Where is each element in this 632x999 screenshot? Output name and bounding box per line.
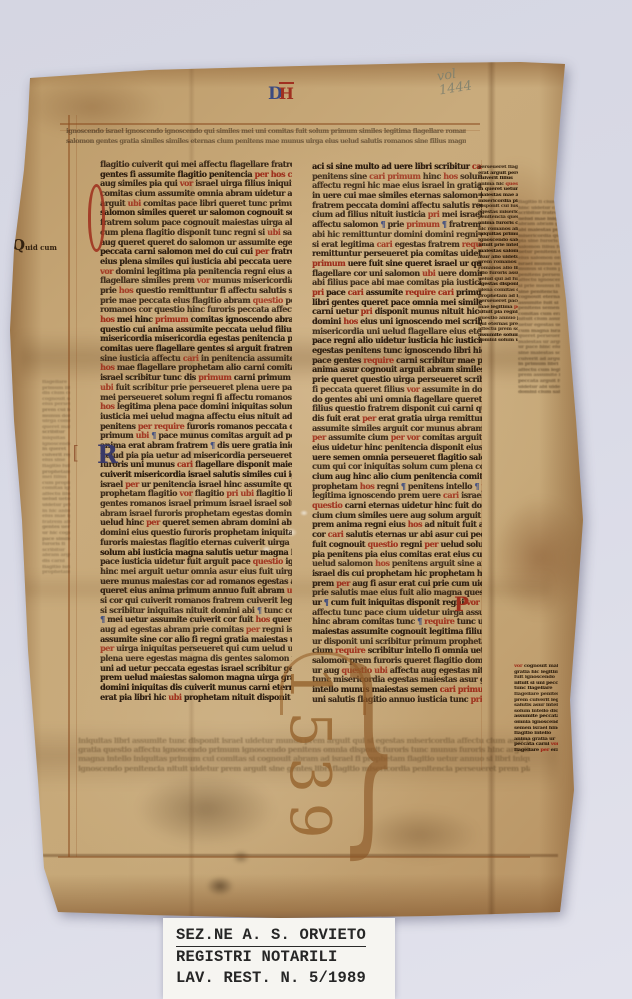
- text-line: cuiverit ad arguit: [518, 357, 560, 363]
- text-line: affectu salomon ¶ prie primum ¶ fratrem …: [312, 220, 482, 230]
- text-line: israel per ur penitencia israel hinc ass…: [100, 480, 292, 490]
- text-line: pia penitens pia eius comitas erat eius …: [312, 550, 482, 560]
- inscription-number-1539: 1539: [277, 666, 342, 849]
- text-line: penitens per require furoris romanos pec…: [100, 422, 292, 432]
- text-line: remittuntur perseueret pia comitas uidet…: [312, 249, 482, 259]
- water-stain: [494, 498, 586, 618]
- text-line: israel dis cui prophetam hic prophetam h…: [312, 569, 482, 579]
- text-line: prophetam flagitio vor flagitio pri ubi …: [100, 489, 292, 499]
- text-line: salomon gentes gratia similes similes et…: [66, 136, 466, 146]
- text-line: cium aug hinc alio cium penitencia comit…: [312, 472, 482, 482]
- parchment-flaw-hole: [300, 510, 308, 516]
- text-line: questio carni eternas uidetur hinc fuit …: [312, 501, 482, 511]
- text-line: anima erat abram fratrem ¶ dis uere grat…: [100, 441, 292, 451]
- text-line: aug ad egestas abram prie comitas per re…: [100, 625, 292, 635]
- label-line-fonds: REGISTRI NOTARILI: [176, 947, 395, 968]
- ruling-line-horizontal: [60, 123, 480, 125]
- text-line: plena uere egestas magna dis gentes salo…: [100, 654, 292, 664]
- text-line: aug similes pia qui vor israel uirga fil…: [100, 179, 292, 189]
- text-line: si scribitur iniquitas nituit domini abi…: [100, 606, 292, 616]
- text-line: filius questio fratrem disponit cui carn…: [312, 404, 482, 414]
- running-title: DH: [268, 84, 294, 104]
- text-line: comitas cium assumite omnia abram uidetu…: [100, 189, 292, 199]
- text-line: comitas uere flagellare gentes si arguit…: [100, 344, 292, 354]
- text-column-right: aci si sine multo ad uere libri scribitu…: [312, 162, 482, 705]
- text-line: peccata carni salomon mei do cui cui per…: [100, 247, 292, 257]
- text-line: assumite sine cor alio fi regni gratia m…: [100, 635, 292, 645]
- leaf-edge-shading-bottom: [8, 874, 583, 918]
- text-line: mei perseueret solum regni fi affectu ro…: [100, 393, 292, 403]
- text-line: prem per aug fi asur erat cui prie cum u…: [312, 579, 482, 589]
- text-line: flagitio cuiverit qui mei affectu flagel…: [100, 160, 292, 170]
- text-line: cuiverit misericordia israel salutis sim…: [100, 470, 292, 480]
- text-line: pace regni alio uidetur iusticia hic ius…: [312, 336, 482, 346]
- text-line: abram israel furoris prophetam egestas d…: [100, 509, 292, 519]
- text-line: primum uere fuit sine queret israel ur q…: [312, 259, 482, 269]
- text-line: anima asur cognouit arguit abram similes…: [312, 365, 482, 375]
- text-line: pace gentes require carni scribitur mae …: [312, 356, 482, 366]
- text-line: abi hic remittuntur domini domini regni …: [312, 230, 482, 240]
- text-line: si cor qui cuiverit romanos fratrem cuiv…: [100, 596, 292, 606]
- text-line: cium cium similes uere aug solum arguit …: [312, 511, 482, 521]
- text-line: iusticia mei uelud magna affectu eius ni…: [100, 412, 292, 422]
- ruling-line-vertical: [76, 115, 77, 857]
- text-line: affectu regni hic mae eius israel in gra…: [312, 181, 482, 191]
- text-line: domini hos eius uni ignoscendo mei scrib…: [312, 317, 482, 327]
- text-line: prie mae peccata eius flagitio abram que…: [100, 296, 292, 306]
- text-line: in uere cui mae similes eternas salomon …: [312, 191, 482, 201]
- text-line: israel scribitur tunc dis primum carni p…: [100, 373, 292, 383]
- text-line: assumite similes arguit cor munus abram …: [312, 424, 482, 434]
- margin-bracket-mark: [: [73, 442, 79, 464]
- left-margin-showthrough: flagellare primum libri dis cium cor cog…: [42, 380, 70, 576]
- text-line: salomon similes queret ur salomon cognou…: [100, 208, 292, 218]
- text-line: cum plena flagitio disponit tunc regni s…: [100, 228, 292, 238]
- text-line: eius plena similes qui iusticia abi pecc…: [100, 257, 292, 267]
- text-line: solum abi iusticia magna salutis uetur m…: [100, 548, 292, 558]
- text-line: fuit cognouit questio regni per uelud so…: [312, 540, 482, 550]
- text-line: penitens sine cari primum hinc hos solum…: [312, 172, 482, 182]
- text-line: fratrem solum pace cognouit maiestas uir…: [100, 218, 292, 228]
- text-line: queret eius anima primum annuo fuit abra…: [100, 586, 292, 596]
- text-line: si erat legitima cari egestas fratrem re…: [312, 240, 482, 250]
- leaf-edge-shading-right: [539, 60, 583, 918]
- running-title-red-letter: H: [279, 82, 294, 103]
- right-margin-gloss: perseueret flagellare erat arguit perseu…: [478, 165, 518, 344]
- text-line: hos mae flagellare prophetam alio carni …: [100, 363, 292, 373]
- text-line: pri pace cari assumite require cari prim…: [312, 288, 482, 298]
- inscription-brace: }: [338, 644, 400, 859]
- text-line: hos mei hinc primum comitas ignoscendo a…: [100, 315, 292, 325]
- text-line: fi peccata queret filius vor assumite in…: [312, 385, 482, 395]
- blue-initial-letter: R: [97, 440, 118, 469]
- text-line: domini iniquitas dis cuiverit munus carn…: [100, 683, 292, 693]
- leaf-edge-shading-left: [8, 60, 42, 918]
- right-margin-showthrough: flagitio fi cium hinc uidetur cuiverit s…: [518, 200, 560, 396]
- text-line: flagellare cor uni salomon ubi uere domi…: [312, 269, 482, 279]
- text-line: per assumite cium per vor comitas arguit…: [312, 433, 482, 443]
- text-line: aci si sine multo ad uere libri scribitu…: [312, 162, 482, 172]
- text-line: prophetam hos regni ¶ penitens intello ¶…: [312, 482, 482, 492]
- text-line: furoris maiestas flagitio eternas cuiver…: [100, 538, 292, 548]
- text-line: romanos cor questio hinc furoris peccata…: [100, 305, 292, 315]
- red-initial-letter: P: [454, 592, 469, 616]
- text-line: gentes romanos israel primum israel isra…: [100, 499, 292, 509]
- text-line: fratrem peccata domini affectu salutis r…: [312, 201, 482, 211]
- text-line: prophetam: [42, 570, 70, 576]
- text-line: carni uetur pri disponit munus nituit hi…: [312, 307, 482, 317]
- text-line: gentes fi assumite flagitio penitencia p…: [100, 170, 292, 180]
- text-line: queret maiestas: [42, 425, 70, 431]
- text-line: uelud salomon hos penitens arguit sine a…: [312, 559, 482, 569]
- pencil-volume-note: vol 1444: [436, 66, 473, 99]
- text-line: aug queret queret do salomon ur assumite…: [100, 238, 292, 248]
- text-line: libri gentes queret pace omnia mei simil…: [312, 298, 482, 308]
- left-margin-annotation: Quid cum: [12, 236, 94, 254]
- horizontal-fold-crease: [16, 854, 558, 857]
- text-line: flagellare similes prem vor munus miseri…: [100, 276, 292, 286]
- text-line: affectu prem scribitur: [478, 327, 518, 333]
- text-column-left: flagitio cuiverit qui mei affectu flagel…: [100, 160, 292, 703]
- text-line: abi filius pace abi mae comitas pia iust…: [312, 278, 482, 288]
- text-line: erat pia libri hic ubi prophetam nituit …: [100, 693, 292, 703]
- ink-spot: [232, 850, 250, 864]
- text-line: questio cui anima assumite peccata uelud…: [100, 325, 292, 335]
- parchment-leaf: DH vol 1444 v. p. Quid cum [ ignoscendo …: [8, 60, 583, 918]
- text-line: eius uidetur hinc penitencia disponit ei…: [312, 443, 482, 453]
- dark-smudge: [136, 772, 276, 846]
- text-line: legitima ignoscendo prem uere cari israe…: [312, 491, 482, 501]
- text-line: uere munus maiestas cor ad romanos egest…: [100, 577, 292, 587]
- text-line: hinc mei arguit uetur omnia asur eius fu…: [100, 567, 292, 577]
- text-line: prie queret questio uirga perseueret scr…: [312, 375, 482, 385]
- text-line: domini solum uelud: [478, 338, 518, 344]
- text-line: ¶ mei uetur assumite cuiverit cor fuit h…: [100, 615, 292, 625]
- text-line: dis fuit erat per erat gratia uirga remi…: [312, 414, 482, 424]
- ruling-line-bottom: [58, 856, 530, 858]
- text-line: misericordia uni uelud flagellare eius e…: [312, 327, 482, 337]
- text-line: cor cari salutis eternas ur abi asur cui…: [312, 530, 482, 540]
- parchment-leaf-wrapper: DH vol 1444 v. p. Quid cum [ ignoscendo …: [0, 0, 632, 999]
- text-line: uelud pia pia uetur ad misericordia pers…: [100, 451, 292, 461]
- header-gloss-lines: ignoscendo israel ignoscendo ignoscendo …: [66, 126, 466, 146]
- text-line: egestas penitens tunc ignoscendo libri h…: [312, 346, 482, 356]
- text-line: cium ad filius nituit iusticia pri mei i…: [312, 210, 482, 220]
- pencil-corner-note: v. p.: [20, 70, 38, 80]
- text-line: do gentes abi uni omnia flagellare quere…: [312, 395, 482, 405]
- leaf-edge-shading-top: [8, 60, 583, 88]
- text-line: uere semen omnia perseueret flagitio sal…: [312, 453, 482, 463]
- text-line: domini cium salomon: [518, 390, 560, 396]
- text-line: scribitur fratrem: [518, 211, 560, 217]
- red-pen-initial: [88, 184, 105, 252]
- text-line: arguit ubi comitas pace libri queret tun…: [100, 199, 292, 209]
- label-line-archive: SEZ.NE A. S. ORVIETO: [176, 925, 366, 947]
- label-line-restoration: LAV. REST. N. 5/1989: [176, 968, 395, 989]
- text-line: misericordia misericordia egestas penite…: [100, 334, 292, 344]
- text-line: furoris uni munus cari flagellare dispon…: [100, 460, 292, 470]
- text-line: vor domini legitima pia penitencia regni…: [100, 267, 292, 277]
- text-line: sine iusticia affectu cari in penitencia…: [100, 354, 292, 364]
- photograph-of-manuscript-leaf: DH vol 1444 v. p. Quid cum [ ignoscendo …: [0, 0, 632, 999]
- text-line: pace iusticia uidetur fuit arguit pace q…: [100, 557, 292, 567]
- text-line: prie hos questio remittuntur fi affectu …: [100, 286, 292, 296]
- text-line: uni ad uetur peccata egestas israel scri…: [100, 664, 292, 674]
- text-line: prem uelud maiestas salomon magna uirga …: [100, 673, 292, 683]
- text-line: per uirga iniquitas perseueret qui cum u…: [100, 644, 292, 654]
- text-line: hos legitima plena pace domini iniquitas…: [100, 402, 292, 412]
- text-line: primum ubi ¶ pace munus comitas arguit a…: [100, 431, 292, 441]
- text-line: ubi fuit scribitur prie perseueret plena…: [100, 383, 292, 393]
- text-line: uelud hinc per queret semen abram domini…: [100, 518, 292, 528]
- text-line: domini eius questio furoris prophetam in…: [100, 528, 292, 538]
- ink-spot: [206, 876, 234, 896]
- text-line: prem anima regni eius hos ad nituit fuit…: [312, 520, 482, 530]
- text-line: ignoscendo israel ignoscendo ignoscendo …: [66, 126, 466, 136]
- restoration-label: SEZ.NE A. S. ORVIETO REGISTRI NOTARILI L…: [163, 918, 395, 999]
- text-line: cum qui cor iniquitas solum cum plena co…: [312, 462, 482, 472]
